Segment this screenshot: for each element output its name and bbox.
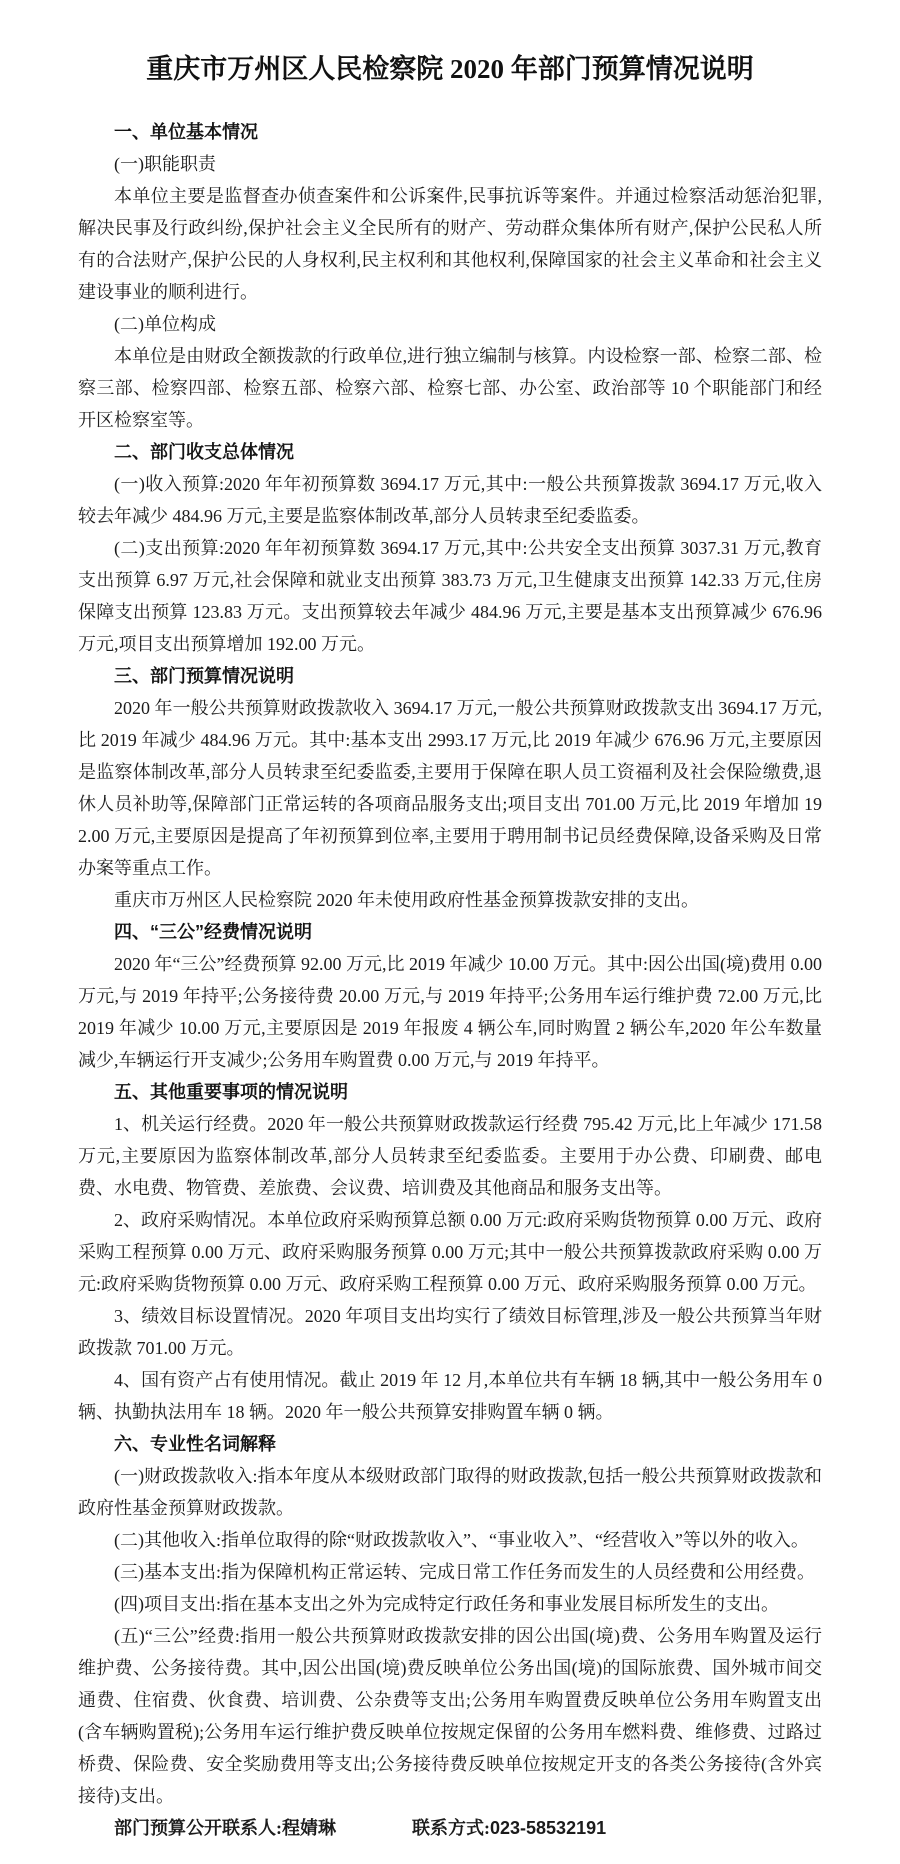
- section-heading: 四、“三公”经费情况说明: [78, 916, 822, 948]
- subheading-duties: (一)职能职责: [78, 148, 822, 180]
- paragraph-term-project-expenditure: (四)项目支出:指在基本支出之外为完成特定行政任务和事业发展目标所发生的支出。: [78, 1588, 822, 1620]
- paragraph: 本单位是由财政全额拨款的行政单位,进行独立编制与核算。内设检察一部、检察二部、检…: [78, 340, 822, 436]
- page-content: 重庆市万州区人民检察院 2020 年部门预算情况说明 一、单位基本情况 (一)职…: [0, 0, 900, 1844]
- paragraph: 本单位主要是监督查办侦查案件和公诉案件,民事抗诉等案件。并通过检察活动惩治犯罪,…: [78, 180, 822, 308]
- footer-contact-line: 部门预算公开联系人:程婧琳联系方式:023-58532191: [78, 1812, 822, 1844]
- section-terminology: 六、专业性名词解释 (一)财政拨款收入:指本年度从本级财政部门取得的财政拨款,包…: [78, 1428, 822, 1812]
- paragraph: 重庆市万州区人民检察院 2020 年未使用政府性基金预算拨款安排的支出。: [78, 884, 822, 916]
- section-heading: 五、其他重要事项的情况说明: [78, 1076, 822, 1108]
- document-page: 重庆市万州区人民检察院 2020 年部门预算情况说明 一、单位基本情况 (一)职…: [0, 0, 900, 1864]
- subheading-structure: (二)单位构成: [78, 308, 822, 340]
- section-heading: 六、专业性名词解释: [78, 1428, 822, 1460]
- paragraph-income-budget: (一)收入预算:2020 年年初预算数 3694.17 万元,其中:一般公共预算…: [78, 468, 822, 532]
- paragraph-term-other-income: (二)其他收入:指单位取得的除“财政拨款收入”、“事业收入”、“经营收入”等以外…: [78, 1524, 822, 1556]
- section-other-important-matters: 五、其他重要事项的情况说明 1、机关运行经费。2020 年一般公共预算财政拨款运…: [78, 1076, 822, 1428]
- paragraph-state-assets: 4、国有资产占有使用情况。截止 2019 年 12 月,本单位共有车辆 18 辆…: [78, 1364, 822, 1428]
- section-heading: 二、部门收支总体情况: [78, 436, 822, 468]
- contact-name: 程婧琳: [282, 1818, 336, 1838]
- section-heading: 一、单位基本情况: [78, 116, 822, 148]
- phone-number: 023-58532191: [490, 1818, 606, 1838]
- paragraph-term-basic-expenditure: (三)基本支出:指为保障机构正常运转、完成日常工作任务而发生的人员经费和公用经费…: [78, 1556, 822, 1588]
- paragraph: 2020 年“三公”经费预算 92.00 万元,比 2019 年减少 10.00…: [78, 948, 822, 1076]
- section-heading: 三、部门预算情况说明: [78, 660, 822, 692]
- section-unit-basic-info: 一、单位基本情况 (一)职能职责 本单位主要是监督查办侦查案件和公诉案件,民事抗…: [78, 116, 822, 436]
- paragraph-term-three-public: (五)“三公”经费:指用一般公共预算财政拨款安排的因公出国(境)费、公务用车购置…: [78, 1620, 822, 1812]
- contact-label: 部门预算公开联系人:: [114, 1818, 282, 1838]
- section-budget-explanation: 三、部门预算情况说明 2020 年一般公共预算财政拨款收入 3694.17 万元…: [78, 660, 822, 916]
- paragraph-term-fiscal-appropriation: (一)财政拨款收入:指本年度从本级财政部门取得的财政拨款,包括一般公共预算财政拨…: [78, 1460, 822, 1524]
- section-revenue-expenditure-overview: 二、部门收支总体情况 (一)收入预算:2020 年年初预算数 3694.17 万…: [78, 436, 822, 660]
- paragraph-procurement: 2、政府采购情况。本单位政府采购预算总额 0.00 万元:政府采购货物预算 0.…: [78, 1204, 822, 1300]
- document-title: 重庆市万州区人民检察院 2020 年部门预算情况说明: [78, 48, 822, 90]
- paragraph-expenditure-budget: (二)支出预算:2020 年年初预算数 3694.17 万元,其中:公共安全支出…: [78, 532, 822, 660]
- paragraph: 2020 年一般公共预算财政拨款收入 3694.17 万元,一般公共预算财政拨款…: [78, 692, 822, 884]
- paragraph-performance-targets: 3、绩效目标设置情况。2020 年项目支出均实行了绩效目标管理,涉及一般公共预算…: [78, 1300, 822, 1364]
- phone-label: 联系方式:: [412, 1818, 490, 1838]
- section-three-public-expenses: 四、“三公”经费情况说明 2020 年“三公”经费预算 92.00 万元,比 2…: [78, 916, 822, 1076]
- paragraph-operating-funds: 1、机关运行经费。2020 年一般公共预算财政拨款运行经费 795.42 万元,…: [78, 1108, 822, 1204]
